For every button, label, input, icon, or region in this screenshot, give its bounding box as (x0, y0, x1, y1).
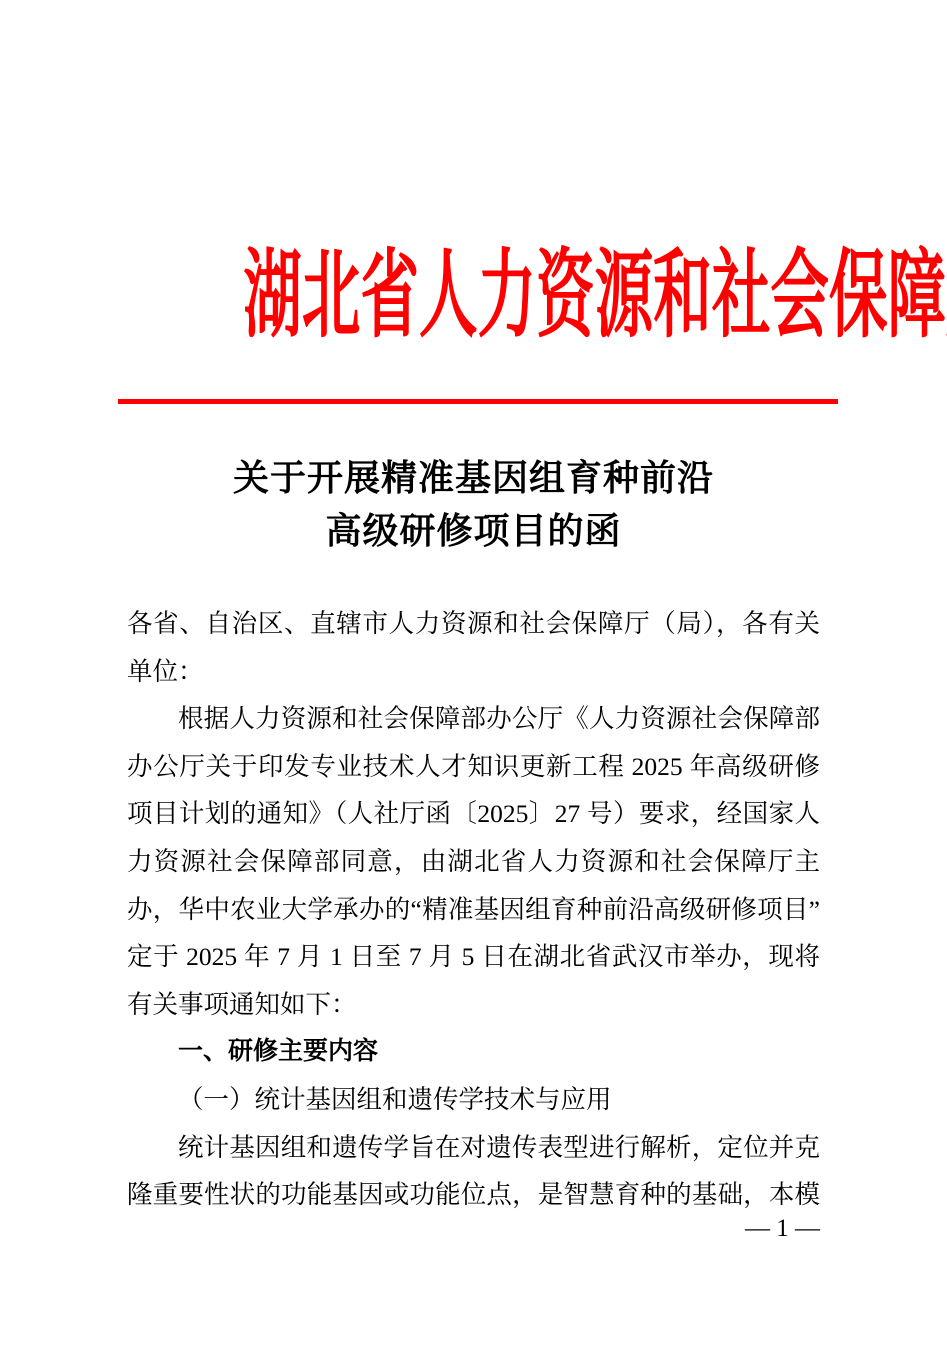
red-divider-rule (118, 399, 838, 404)
body-line: 根据人力资源和社会保障部办公厅《人力资源社会保障部 (127, 695, 820, 743)
document-title-line2: 高级研修项目的函 (127, 505, 820, 558)
document-body: 各省、自治区、直辖市人力资源和社会保障厅（局），各有关单位：根据人力资源和社会保… (127, 600, 820, 1219)
document-title: 关于开展精准基因组育种前沿 高级研修项目的函 (127, 452, 820, 558)
body-line: 力资源社会保障部同意，由湖北省人力资源和社会保障厅主 (127, 838, 820, 886)
body-line: 各省、自治区、直辖市人力资源和社会保障厅（局），各有关 (127, 600, 820, 648)
body-line: （一）统计基因组和遗传学技术与应用 (127, 1076, 820, 1124)
body-line: 项目计划的通知》（人社厅函〔2025〕27 号）要求，经国家人 (127, 790, 820, 838)
document-page: 湖北省人力资源和社会保障厅 关于开展精准基因组育种前沿 高级研修项目的函 各省、… (0, 0, 947, 1347)
body-line: 隆重要性状的功能基因或功能位点，是智慧育种的基础，本模 (127, 1171, 820, 1219)
body-line: 有关事项通知如下： (127, 981, 820, 1029)
letterhead: 湖北省人力资源和社会保障厅 (0, 244, 947, 348)
page-number: — 1 — (745, 1212, 820, 1246)
body-line: 办公厅关于印发专业技术人才知识更新工程 2025 年高级研修 (127, 743, 820, 791)
letterhead-text: 湖北省人力资源和社会保障厅 (243, 244, 947, 348)
body-line: 办，华中农业大学承办的“精准基因组育种前沿高级研修项目” (127, 886, 820, 934)
body-line: 定于 2025 年 7 月 1 日至 7 月 5 日在湖北省武汉市举办，现将 (127, 933, 820, 981)
body-line: 一、研修主要内容 (127, 1028, 820, 1076)
body-line: 单位： (127, 648, 820, 696)
document-title-line1: 关于开展精准基因组育种前沿 (127, 452, 820, 505)
body-line: 统计基因组和遗传学旨在对遗传表型进行解析，定位并克 (127, 1124, 820, 1172)
